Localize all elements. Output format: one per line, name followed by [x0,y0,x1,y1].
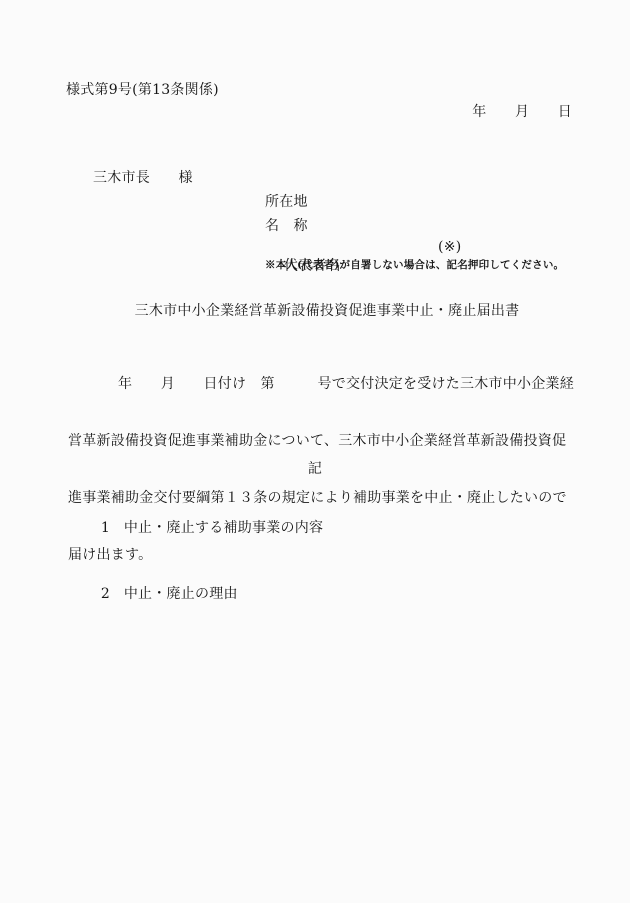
date-line: 年 月 日 [472,101,572,121]
applicant-address-label: 所在地 [265,191,308,211]
seal-mark: (※) [438,239,461,255]
applicant-name-label: 名 称 [265,215,308,235]
record-heading: 記 [0,458,630,478]
form-number: 様式第9号(第13条関係) [66,79,219,99]
body-line-2: 営革新設備投資促進事業補助金について、三木市中小企業経営革新設備投資促 [68,429,573,454]
item-2: 2中止・廃止の理由 [82,567,238,619]
item-1-number: 1 [101,520,124,536]
addressee: 三木市長 様 [93,167,193,187]
applicant-representative-row: 代表者名 (※) [265,239,565,307]
item-1: 1中止・廃止する補助事業の内容 [82,501,323,553]
signature-note: ※本人(代表者)が自署しない場合は、記名押印してください。 [265,257,564,272]
document-title: 三木市中小企業経営革新設備投資促進事業中止・廃止届出書 [0,300,630,320]
item-2-number: 2 [101,586,124,602]
document-page: 様式第9号(第13条関係) 年 月 日 三木市長 様 所在地 名 称 代表者名 … [0,0,630,903]
body-line-1: 年 月 日付け 第 号で交付決定を受けた三木市中小企業経 [68,372,573,397]
item-1-label: 中止・廃止する補助事業の内容 [124,520,324,536]
item-2-label: 中止・廃止の理由 [124,586,238,602]
